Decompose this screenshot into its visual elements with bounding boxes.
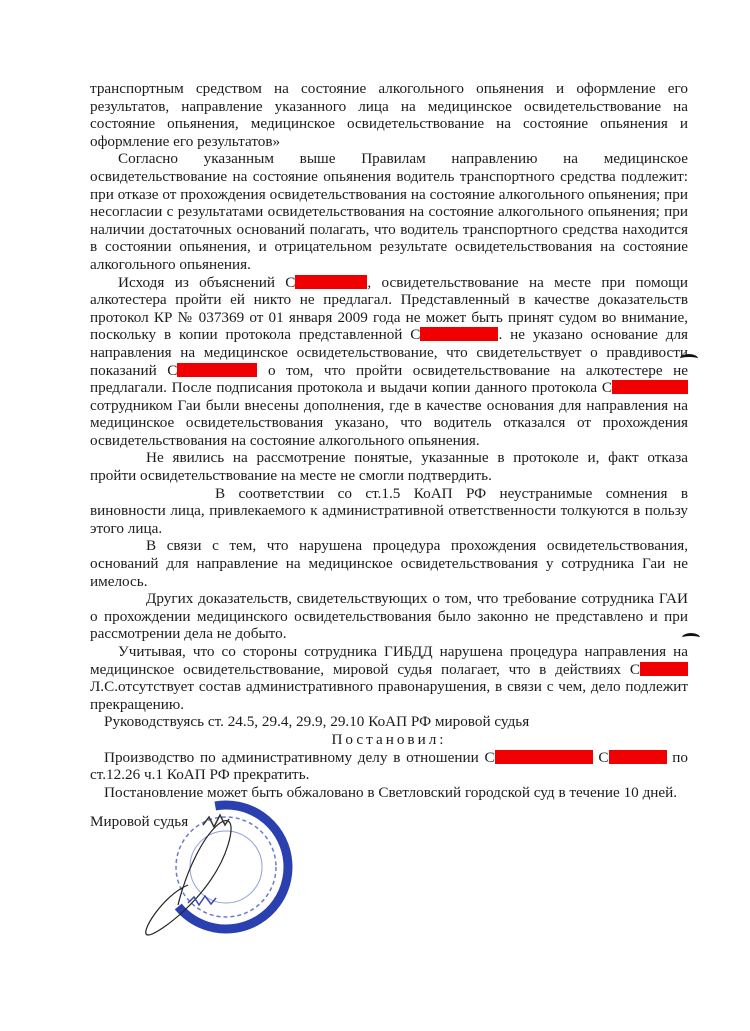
scan-mark-icon [680, 354, 698, 363]
paragraph-rules: Согласно указанным выше Правилам направл… [90, 150, 688, 273]
paragraph-procedure-violated: В связи с тем, что нарушена процедура пр… [90, 537, 688, 590]
redaction-block [640, 662, 688, 676]
paragraph-presumption: В соответствии со ст.1.5 КоАП РФ неустра… [90, 485, 688, 538]
redaction-block [420, 327, 498, 341]
redaction-block [609, 750, 667, 764]
redaction-block [295, 275, 367, 289]
paragraph-explanations: Исходя из объяснений С, освидетельствова… [90, 274, 688, 450]
redaction-block [612, 380, 688, 394]
paragraph-ruling: Производство по административному делу в… [90, 749, 688, 784]
paragraph-no-evidence: Других доказательств, свидетельствующих … [90, 590, 688, 643]
scan-mark-icon [682, 633, 700, 642]
resolution-heading: Постановил: [90, 731, 688, 749]
paragraph-witnesses: Не явились на рассмотрение понятые, указ… [90, 449, 688, 484]
paragraph-conclusion: Учитывая, что со стороны сотрудника ГИБД… [90, 643, 688, 713]
document-page: транспортным средством на состояние алко… [90, 80, 688, 801]
paragraph-rules-quote: транспортным средством на состояние алко… [90, 80, 688, 150]
redaction-block [495, 750, 593, 764]
court-stamp-icon [118, 785, 308, 945]
redaction-block [177, 363, 257, 377]
paragraph-legal-basis: Руководствуясь ст. 24.5, 29.4, 29.9, 29.… [90, 713, 688, 731]
